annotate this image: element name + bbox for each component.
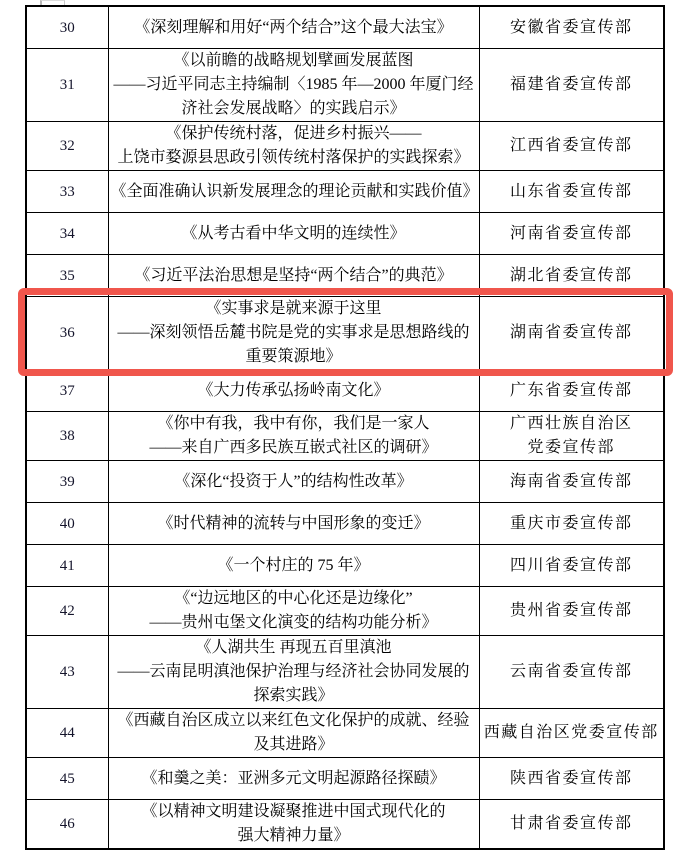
row-number-cell: 42 — [26, 587, 108, 636]
table-row: 44《西藏自治区成立以来红色文化保护的成就、经验 及其进路》西藏自治区党委宣传部 — [26, 709, 664, 758]
row-number-cell: 39 — [26, 461, 108, 503]
org-cell: 海南省委宣传部 — [479, 461, 664, 503]
title-cell: 《习近平法治思想是坚持“两个结合”的典范》 — [108, 255, 479, 297]
title-cell: 《西藏自治区成立以来红色文化保护的成就、经验 及其进路》 — [108, 709, 479, 758]
row-number-cell: 40 — [26, 503, 108, 545]
org-cell: 湖南省委宣传部 — [479, 297, 664, 370]
org-cell: 西藏自治区党委宣传部 — [479, 709, 664, 758]
table-row: 43《人湖共生 再现五百里滇池 ——云南昆明滇池保护治理与经济社会协同发展的 探… — [26, 636, 664, 709]
org-cell: 贵州省委宣传部 — [479, 587, 664, 636]
table-row: 37《大力传承弘扬岭南文化》广东省委宣传部 — [26, 370, 664, 412]
table-row: 35《习近平法治思想是坚持“两个结合”的典范》湖北省委宣传部 — [26, 255, 664, 297]
row-number-cell: 38 — [26, 412, 108, 461]
org-cell: 河南省委宣传部 — [479, 213, 664, 255]
title-cell: 《以前瞻的战略规划擘画发展蓝图 ——习近平同志主持编制〈1985 年—2000 … — [108, 49, 479, 122]
org-cell: 陕西省委宣传部 — [479, 758, 664, 800]
title-cell: 《时代精神的流转与中国形象的变迁》 — [108, 503, 479, 545]
awards-table: 30《深刻理解和用好“两个结合”这个最大法宝》安徽省委宣传部31《以前瞻的战略规… — [25, 5, 665, 850]
table-row: 42《“边远地区的中心化还是边缘化” ——贵州屯堡文化演变的结构功能分析》贵州省… — [26, 587, 664, 636]
row-number-cell: 34 — [26, 213, 108, 255]
row-number-cell: 32 — [26, 122, 108, 171]
org-cell: 甘肃省委宣传部 — [479, 800, 664, 850]
title-cell: 《全面准确认识新发展理念的理论贡献和实践价值》 — [108, 171, 479, 213]
table-row: 30《深刻理解和用好“两个结合”这个最大法宝》安徽省委宣传部 — [26, 6, 664, 49]
table-row: 41《一个村庄的 75 年》四川省委宣传部 — [26, 545, 664, 587]
title-cell: 《以精神文明建设凝聚推进中国式现代化的 强大精神力量》 — [108, 800, 479, 850]
row-number-cell: 43 — [26, 636, 108, 709]
table-body: 30《深刻理解和用好“两个结合”这个最大法宝》安徽省委宣传部31《以前瞻的战略规… — [26, 6, 664, 849]
org-cell: 重庆市委宣传部 — [479, 503, 664, 545]
row-number-cell: 33 — [26, 171, 108, 213]
table-row: 46《以精神文明建设凝聚推进中国式现代化的 强大精神力量》甘肃省委宣传部 — [26, 800, 664, 850]
title-cell: 《和羹之美：亚洲多元文明起源路径探赜》 — [108, 758, 479, 800]
org-cell: 安徽省委宣传部 — [479, 6, 664, 49]
org-cell: 山东省委宣传部 — [479, 171, 664, 213]
org-cell: 云南省委宣传部 — [479, 636, 664, 709]
title-cell: 《从考古看中华文明的连续性》 — [108, 213, 479, 255]
table-row: 40《时代精神的流转与中国形象的变迁》重庆市委宣传部 — [26, 503, 664, 545]
title-cell: 《实事求是就来源于这里 ——深刻领悟岳麓书院是党的实事求是思想路线的 重要策源地… — [108, 297, 479, 370]
table-row: 39《深化“投资于人”的结构性改革》海南省委宣传部 — [26, 461, 664, 503]
table-row: 45《和羹之美：亚洲多元文明起源路径探赜》陕西省委宣传部 — [26, 758, 664, 800]
table-row: 36《实事求是就来源于这里 ——深刻领悟岳麓书院是党的实事求是思想路线的 重要策… — [26, 297, 664, 370]
title-cell: 《“边远地区的中心化还是边缘化” ——贵州屯堡文化演变的结构功能分析》 — [108, 587, 479, 636]
title-cell: 《深化“投资于人”的结构性改革》 — [108, 461, 479, 503]
row-number-cell: 36 — [26, 297, 108, 370]
title-cell: 《人湖共生 再现五百里滇池 ——云南昆明滇池保护治理与经济社会协同发展的 探索实… — [108, 636, 479, 709]
org-cell: 广西壮族自治区 党委宣传部 — [479, 412, 664, 461]
org-cell: 四川省委宣传部 — [479, 545, 664, 587]
row-number-cell: 45 — [26, 758, 108, 800]
table-row: 31《以前瞻的战略规划擘画发展蓝图 ——习近平同志主持编制〈1985 年—200… — [26, 49, 664, 122]
row-number-cell: 41 — [26, 545, 108, 587]
row-number-cell: 31 — [26, 49, 108, 122]
document-page: 30《深刻理解和用好“两个结合”这个最大法宝》安徽省委宣传部31《以前瞻的战略规… — [0, 0, 678, 855]
title-cell: 《深刻理解和用好“两个结合”这个最大法宝》 — [108, 6, 479, 49]
row-number-cell: 30 — [26, 6, 108, 49]
row-number-cell: 35 — [26, 255, 108, 297]
org-cell: 福建省委宣传部 — [479, 49, 664, 122]
table-row: 38《你中有我，我中有你，我们是一家人 ——来自广西多民族互嵌式社区的调研》广西… — [26, 412, 664, 461]
title-cell: 《大力传承弘扬岭南文化》 — [108, 370, 479, 412]
title-cell: 《保护传统村落，促进乡村振兴—— 上饶市婺源县思政引领传统村落保护的实践探索》 — [108, 122, 479, 171]
row-number-cell: 44 — [26, 709, 108, 758]
title-cell: 《一个村庄的 75 年》 — [108, 545, 479, 587]
table-row: 33《全面准确认识新发展理念的理论贡献和实践价值》山东省委宣传部 — [26, 171, 664, 213]
title-cell: 《你中有我，我中有你，我们是一家人 ——来自广西多民族互嵌式社区的调研》 — [108, 412, 479, 461]
table-row: 34《从考古看中华文明的连续性》河南省委宣传部 — [26, 213, 664, 255]
org-cell: 湖北省委宣传部 — [479, 255, 664, 297]
org-cell: 江西省委宣传部 — [479, 122, 664, 171]
row-number-cell: 37 — [26, 370, 108, 412]
table-row: 32《保护传统村落，促进乡村振兴—— 上饶市婺源县思政引领传统村落保护的实践探索… — [26, 122, 664, 171]
row-number-cell: 46 — [26, 800, 108, 850]
org-cell: 广东省委宣传部 — [479, 370, 664, 412]
